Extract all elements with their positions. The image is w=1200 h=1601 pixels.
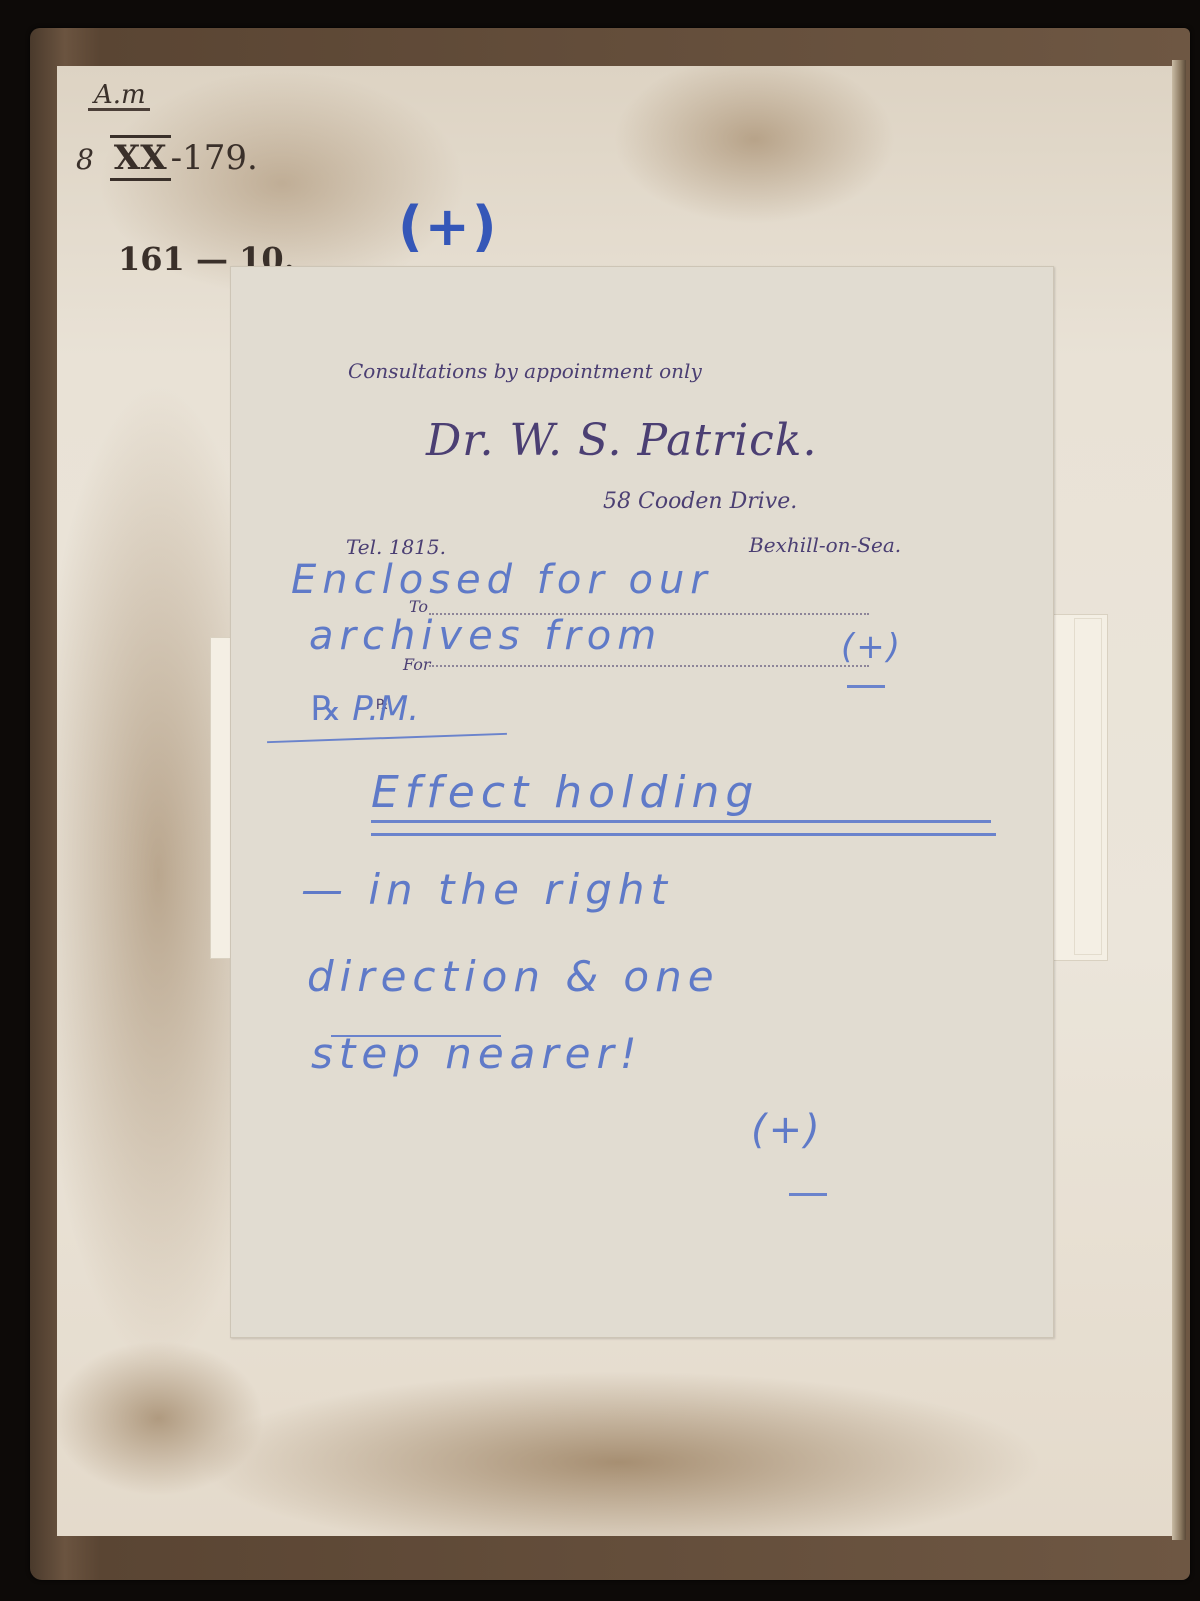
doctor-card: Consultations by appointment only Dr. W.… bbox=[230, 266, 1054, 1338]
handwritten-line-2: archives from bbox=[309, 613, 662, 659]
dotted-line-for bbox=[429, 665, 869, 667]
step-overline bbox=[331, 1035, 501, 1037]
page-edge bbox=[1172, 60, 1186, 1540]
card-address-town: Bexhill-on-Sea. bbox=[749, 533, 901, 557]
rx-underline bbox=[267, 733, 507, 743]
card-address-street: 58 Cooden Drive. bbox=[603, 489, 797, 514]
signature-underline bbox=[789, 1193, 827, 1196]
handwritten-signature-cross: (+) bbox=[751, 1107, 822, 1153]
handwritten-line-1: Enclosed for our bbox=[291, 557, 713, 603]
shelfmark-line-2: 8XX-179. bbox=[76, 138, 258, 178]
handwritten-rx-pm: ℞ P.M. bbox=[311, 689, 419, 729]
handwritten-line-5: — in the right bbox=[301, 865, 673, 914]
shelfmark-line-1: A.m bbox=[88, 82, 150, 111]
effect-underline-2 bbox=[371, 833, 996, 836]
shelfmark-prefix: 8 bbox=[76, 143, 94, 176]
effect-underline-1 bbox=[371, 820, 991, 823]
shelfmark-suffix: -179. bbox=[171, 138, 258, 178]
cross-mark-underline bbox=[847, 685, 885, 688]
shelfmark-roman: XX bbox=[110, 135, 171, 181]
card-telephone: Tel. 1815. bbox=[346, 535, 446, 559]
handwritten-cross-mark: (+) bbox=[841, 627, 902, 667]
card-doctor-name: Dr. W. S. Patrick. bbox=[426, 415, 817, 466]
card-tagline: Consultations by appointment only bbox=[348, 359, 702, 383]
paper-flap-right-inner bbox=[1074, 618, 1102, 955]
blue-cross-mark: (+) bbox=[398, 200, 499, 254]
handwritten-line-6: direction & one bbox=[307, 952, 720, 1001]
handwritten-line-effect: Effect holding bbox=[371, 767, 759, 818]
